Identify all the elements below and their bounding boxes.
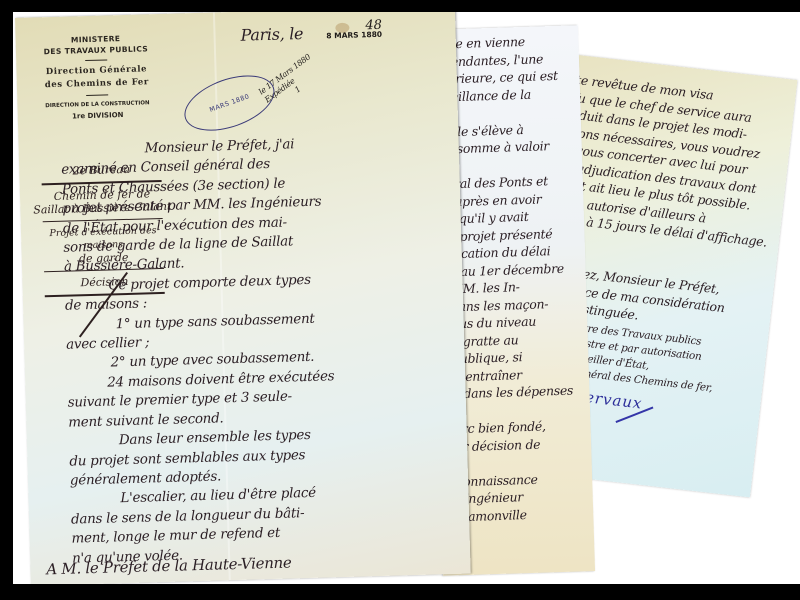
place: Paris, le <box>240 24 303 45</box>
letter-body: Monsieur le Préfet, j'ai examiné en Cons… <box>60 134 339 568</box>
dateline: Paris, le 8 MARS 1880 <box>240 22 382 45</box>
stamp-text: MARS 1880 <box>208 92 250 114</box>
received-stamp: MARS 1880 <box>177 65 282 142</box>
divider <box>86 94 108 96</box>
received-note: le 17 Mars 1880 Expédiée 1 <box>257 52 325 113</box>
divider <box>85 59 107 61</box>
direction-generale-line: des Chemins de Fer <box>27 76 167 93</box>
letterhead: MINISTERE DES TRAVAUX PUBLICS Direction … <box>25 32 167 124</box>
photo-background: jointe revêtue de mon visa Vu que le che… <box>13 12 800 584</box>
letter-page-left: MINISTERE DES TRAVAUX PUBLICS Direction … <box>15 12 471 584</box>
page-number: 48 <box>365 18 382 33</box>
